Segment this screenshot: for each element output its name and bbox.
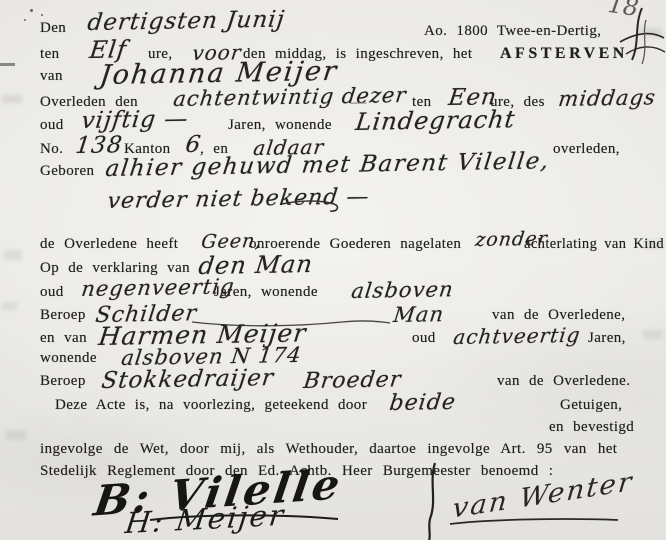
printed-text: oud: [40, 117, 64, 134]
printed-text: en bevestigd: [549, 419, 634, 436]
printed-text: achterlating van Kind: [524, 236, 664, 253]
printed-text: ten: [40, 46, 60, 63]
printed-text: wonende: [40, 350, 97, 367]
entry-address: Lindegracht: [354, 105, 517, 136]
printed-text: Getuigen,: [560, 397, 622, 414]
printed-text: Jaren,: [588, 330, 626, 347]
printed-text: oud: [412, 330, 436, 347]
pen-flourish: [282, 198, 342, 214]
printed-text: Jaren, wonende: [228, 117, 332, 134]
printed-text: No.: [40, 141, 63, 158]
printed-text: Op de verklaring van: [40, 260, 190, 277]
entry-registration-date: dertigsten Junij: [86, 7, 286, 36]
entry-declarant-relation: Man: [392, 302, 446, 327]
entry-signed-by: beide: [388, 390, 457, 416]
printed-text: de Overledene heeft: [40, 236, 178, 253]
printed-year: Ao. 1800 Twee-en-Dertig,: [424, 23, 601, 40]
printed-text: Geboren: [40, 163, 94, 180]
signature-divider-stroke: [425, 463, 441, 540]
entry-witness2-age: achtveertig: [452, 323, 582, 349]
entry-age: vijftig —: [80, 106, 190, 134]
printed-text: ingevolge de Wet, door mij, als Wethoude…: [40, 441, 617, 458]
death-record-scan: 18 Den dertigsten Junij Ao. 1800 Twee-en…: [0, 0, 666, 540]
entry-death-ampm: middags: [557, 85, 657, 111]
printed-text: Deze Acte is, na voorlezing, geteekend d…: [55, 397, 367, 414]
entry-declarant-age: negenveertig: [80, 274, 236, 301]
printed-text: van de Overledene,: [492, 307, 625, 324]
printed-text: Beroep: [40, 373, 86, 390]
ink-dot: [30, 9, 33, 12]
printed-text: Jaren, wonende: [214, 284, 318, 301]
signature-witness-2: H: Meijer: [123, 498, 287, 540]
printed-text: Beroep: [40, 307, 86, 324]
printed-text: Den: [40, 20, 66, 37]
printed-text: overleden,: [553, 141, 620, 158]
entry-witness2-occupation: Stokkedraijer: [100, 365, 275, 394]
entry-witness2-relation: Broeder: [302, 367, 403, 394]
printed-text: oud: [40, 284, 64, 301]
record-type-title: AFSTERVEN: [500, 45, 628, 63]
signature-underline-stroke: [450, 516, 620, 528]
printed-text: van: [40, 68, 63, 85]
ink-dot: [41, 14, 43, 16]
printed-text: van de Overledene.: [497, 373, 630, 390]
entry-declarant-residence: alsboven: [350, 277, 455, 303]
printed-text: en van: [40, 330, 87, 347]
